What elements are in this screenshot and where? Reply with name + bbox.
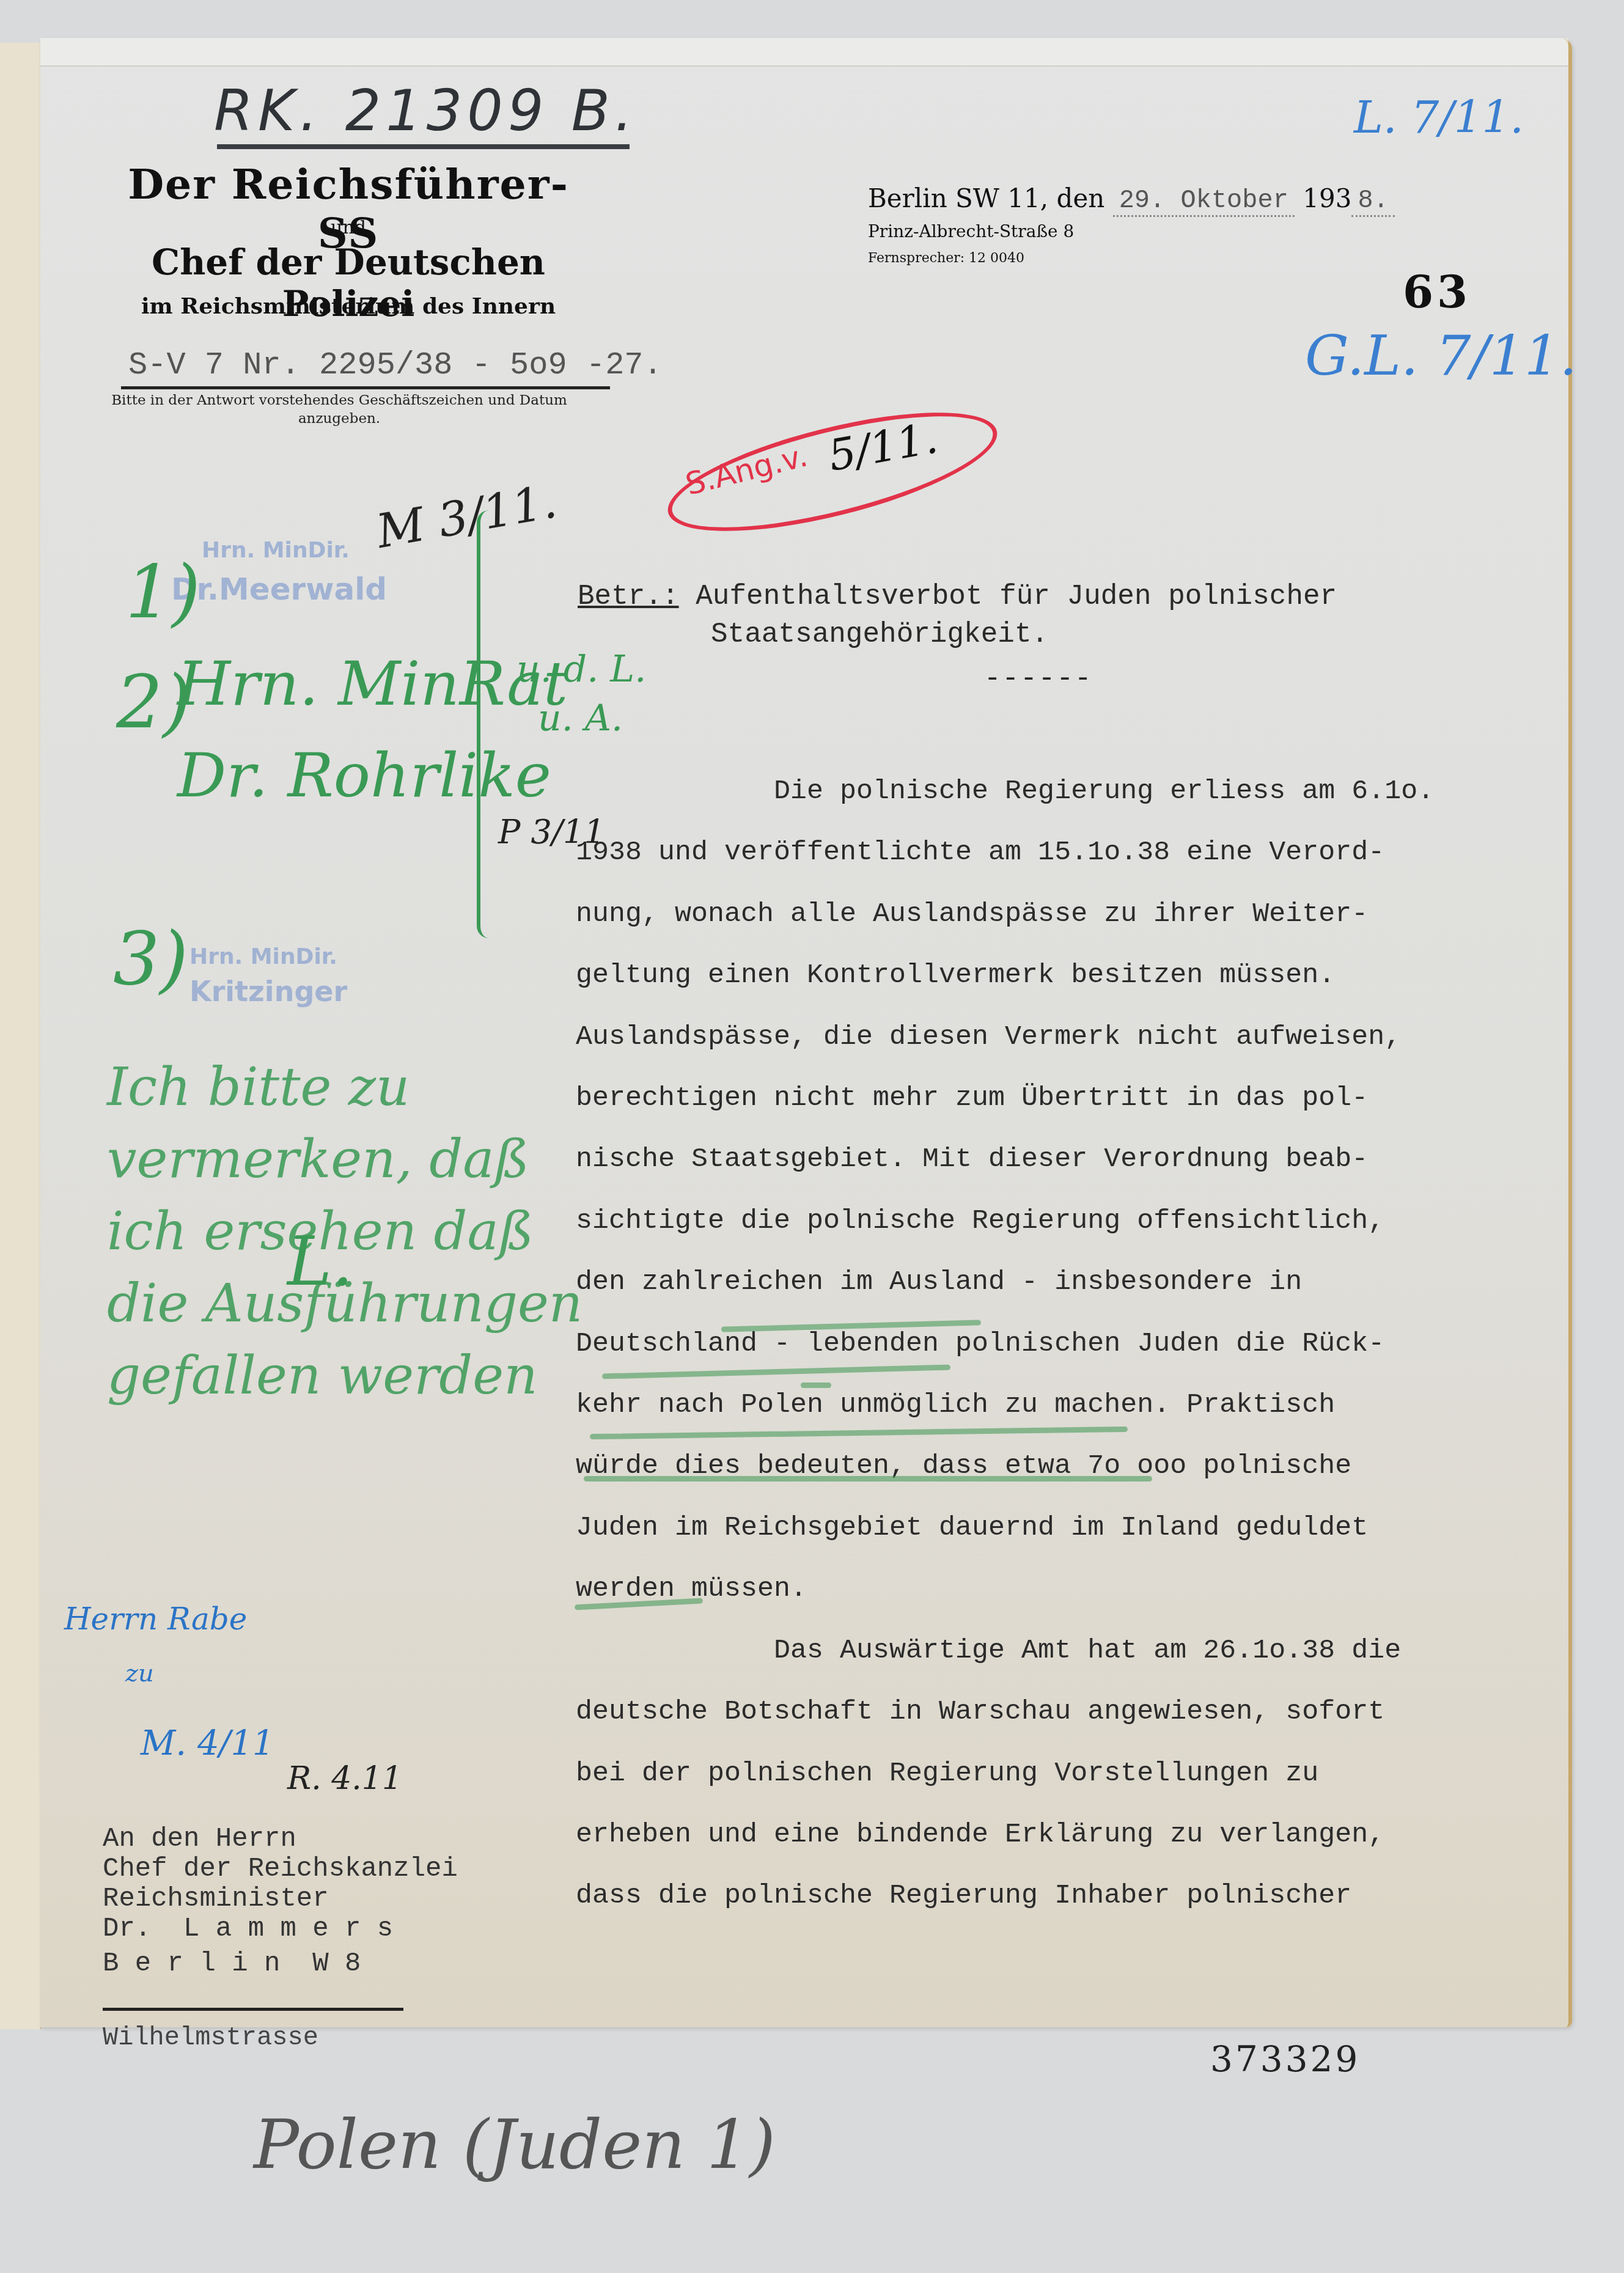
- letterhead-ministry: im Reichsministerium des Innern: [110, 293, 587, 319]
- mindir-stamp-title: Hrn. MinDir.: [189, 944, 337, 969]
- blue-note: zu: [125, 1659, 154, 1687]
- green-number: 1): [125, 550, 200, 635]
- recipient-city: B e r l i n W 8: [103, 1949, 458, 1979]
- registry-number: RK. 21309 B.: [214, 78, 637, 144]
- sender-address: Prinz-Albrecht-Straße 8: [868, 221, 1074, 241]
- letter-body: Die polnische Regierung erliess am 6.1o.…: [576, 761, 1541, 1927]
- blue-annotation-top: L. 7/11.: [1354, 92, 1524, 143]
- body-line: würde dies bedeuten, dass etwa 7o ooo po…: [576, 1436, 1541, 1497]
- body-line: den zahlreichen im Ausland - insbesonder…: [576, 1252, 1541, 1313]
- recipient-underline: [103, 2008, 403, 2011]
- adjacent-page-edge: [0, 43, 42, 2029]
- recipient-line: Chef der Reichskanzlei: [103, 1854, 458, 1884]
- recipient-street: Wilhelmstrasse: [103, 2023, 318, 2052]
- body-line: erheben und eine bindende Erklärung zu v…: [576, 1804, 1541, 1865]
- green-side-note: u. d. L.: [516, 648, 646, 691]
- subject-divider: ------: [984, 663, 1093, 695]
- reference-note: Bitte in der Antwort vorstehendes Geschä…: [110, 391, 568, 428]
- place-date: Berlin SW 11, den 29. Oktober 1938.: [868, 183, 1395, 215]
- blue-note: Herrn Rabe: [64, 1601, 247, 1637]
- green-underline: [801, 1383, 831, 1388]
- body-line: 1938 und veröffentlichte am 15.1o.38 ein…: [576, 822, 1541, 883]
- green-number: 3): [113, 917, 188, 1002]
- green-signature: L.: [287, 1222, 353, 1301]
- black-initial: P 3/11: [498, 813, 605, 851]
- letterhead-and: und: [110, 217, 587, 238]
- subject-line-2: Staatsangehörigkeit.: [578, 615, 1337, 653]
- green-side-note: u. A.: [538, 697, 623, 740]
- body-line: dass die polnische Regierung Inhaber pol…: [576, 1865, 1541, 1926]
- green-bracket: [477, 510, 489, 938]
- recipient-line: An den Herrn: [103, 1824, 458, 1854]
- date-day-month: 29. Oktober: [1113, 186, 1295, 217]
- registry-underline: [217, 144, 630, 149]
- recipient-line: Reichsminister: [103, 1884, 458, 1914]
- body-line: kehr nach Polen unmöglich zu machen. Pra…: [576, 1375, 1541, 1436]
- recipient-name: Dr. L a m m e r s: [103, 1914, 458, 1944]
- reference-number: S-V 7 Nr. 2295/38 - 5o9 -27.: [128, 347, 663, 383]
- subject-block: Betr.: Aufenthaltsverbot für Juden polni…: [578, 578, 1337, 653]
- recipient-address: An den HerrnChef der ReichskanzleiReichs…: [103, 1824, 458, 1979]
- page-top-fold: [40, 38, 1568, 67]
- body-line: nung, wonach alle Auslandspässe zu ihrer…: [576, 884, 1541, 945]
- body-line: werden müssen.: [576, 1559, 1541, 1620]
- blue-note: M. 4/11: [141, 1724, 274, 1763]
- date-year-prefix: 193: [1303, 183, 1351, 213]
- green-underline: [584, 1476, 1152, 1482]
- reference-underline: [121, 386, 610, 389]
- black-initial: R. 4.11: [287, 1760, 402, 1797]
- green-routing-line: Hrn. MinRat: [177, 648, 568, 719]
- sender-phone: Fernsprecher: 12 0040: [868, 251, 1024, 266]
- mindir-stamp-name: Kritzinger: [189, 975, 347, 1008]
- subject-label: Betr.:: [578, 581, 679, 612]
- body-line: Auslandspässe, die diesen Vermerk nicht …: [576, 1007, 1541, 1068]
- pencil-file-note: Polen (Juden 1): [254, 2106, 776, 2184]
- blue-annotation-initials: G.L. 7/11.: [1305, 324, 1577, 388]
- place-prefix: Berlin SW 11, den: [868, 183, 1104, 213]
- body-line: berechtigen nicht mehr zum Übertritt in …: [576, 1068, 1541, 1129]
- body-line: bei der polnischen Regierung Vorstellung…: [576, 1743, 1541, 1804]
- folio-number: 63: [1403, 266, 1471, 318]
- body-line: sichtigte die polnische Regierung offens…: [576, 1191, 1541, 1252]
- body-line: Juden im Reichsgebiet dauernd im Inland …: [576, 1497, 1541, 1559]
- body-line: Das Auswärtige Amt hat am 26.1o.38 die: [576, 1620, 1541, 1681]
- body-line: geltung einen Kontrollvermerk besitzen m…: [576, 945, 1541, 1006]
- green-routing-line: Dr. Rohrlike: [177, 740, 551, 811]
- subject-line-1: Aufenthaltsverbot für Juden polnischer: [696, 581, 1337, 612]
- body-line: nische Staatsgebiet. Mit dieser Verordnu…: [576, 1129, 1541, 1190]
- mindir-stamp-name: Dr.Meerwald: [171, 571, 387, 607]
- body-line: Die polnische Regierung erliess am 6.1o.: [576, 761, 1541, 822]
- mindir-stamp-title: Hrn. MinDir.: [202, 538, 350, 563]
- body-line: deutsche Botschaft in Warschau angewiese…: [576, 1681, 1541, 1742]
- date-year-suffix: 8.: [1351, 186, 1394, 217]
- body-line: Deutschland - lebenden polnischen Juden …: [576, 1313, 1541, 1375]
- archive-number: 373329: [1210, 2038, 1360, 2080]
